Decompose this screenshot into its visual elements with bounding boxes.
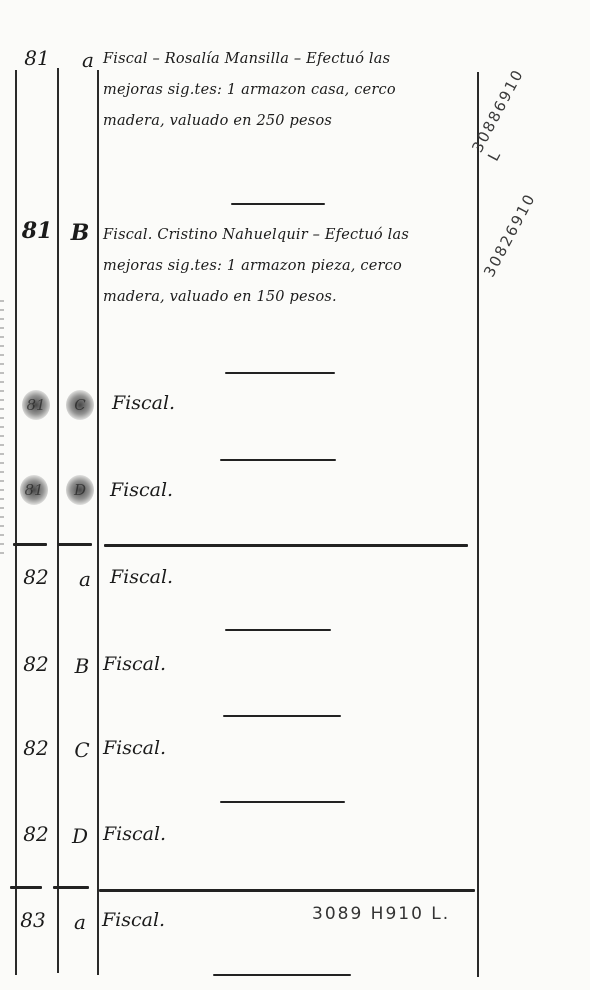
entry-separator xyxy=(223,715,341,717)
entry-text: Fiscal. xyxy=(103,823,166,845)
group-separator-entry xyxy=(104,544,468,547)
smudged-entry-number: 81 xyxy=(22,390,50,420)
entry-text: Fiscal. Cristino Nahuelquir – Efectuó la… xyxy=(103,220,473,313)
entry-number: 82 xyxy=(16,822,56,846)
smudged-entry-letter: D xyxy=(66,475,94,505)
entry-separator xyxy=(213,974,351,976)
group-separator-entry xyxy=(99,889,475,892)
entry-letter: a xyxy=(62,910,98,934)
group-separator-letter xyxy=(58,543,92,546)
entry-letter: B xyxy=(64,654,100,678)
margin-reference-note: 30886910 L xyxy=(468,66,543,164)
entry-separator xyxy=(231,203,325,205)
entry-number: 82 xyxy=(16,652,56,676)
smudged-entry-number: 81 xyxy=(20,475,48,505)
group-separator-letter xyxy=(53,886,89,889)
entry-number: 82 xyxy=(16,736,56,760)
scan-artifact-dots xyxy=(0,300,4,560)
entry-text: Fiscal. xyxy=(112,392,175,414)
entry-text: Fiscal. xyxy=(110,479,173,501)
reference-code: 3089 H910 L. xyxy=(312,904,450,924)
number-column-divider xyxy=(57,68,59,973)
entry-letter: D xyxy=(62,824,98,848)
group-separator-number xyxy=(13,543,47,546)
entry-separator xyxy=(220,459,336,461)
entry-number: 81 xyxy=(17,218,57,244)
margin-reference-note: 30826910 xyxy=(480,190,539,280)
entry-number: 83 xyxy=(13,908,53,932)
entry-text: Fiscal. xyxy=(103,737,166,759)
right-border-line xyxy=(477,72,479,977)
entry-letter: B xyxy=(62,220,98,246)
entry-text: Fiscal. xyxy=(103,653,166,675)
entry-text: Fiscal. xyxy=(102,909,165,931)
entry-letter: C xyxy=(64,738,100,762)
smudged-entry-letter: C xyxy=(66,390,94,420)
entry-text: Fiscal – Rosalía Mansilla – Efectuó las … xyxy=(103,44,473,137)
entry-line: madera, valuado en 250 pesos xyxy=(103,106,473,137)
entry-letter: a xyxy=(67,567,103,591)
entry-separator xyxy=(225,629,331,631)
entry-letter: a xyxy=(70,48,106,72)
entry-text: Fiscal. xyxy=(110,566,173,588)
entry-line: madera, valuado en 150 pesos. xyxy=(103,282,473,313)
entry-line: mejoras sig.tes: 1 armazon pieza, cerco xyxy=(103,251,473,282)
entry-separator xyxy=(220,801,345,803)
group-separator-number xyxy=(10,886,42,889)
entry-line: mejoras sig.tes: 1 armazon casa, cerco xyxy=(103,75,473,106)
entry-separator xyxy=(225,372,335,374)
entry-number: 82 xyxy=(16,565,56,589)
entry-line: Fiscal – Rosalía Mansilla – Efectuó las xyxy=(103,44,473,75)
entry-number: 81 xyxy=(17,46,57,70)
entry-line: Fiscal. Cristino Nahuelquir – Efectuó la… xyxy=(103,220,473,251)
